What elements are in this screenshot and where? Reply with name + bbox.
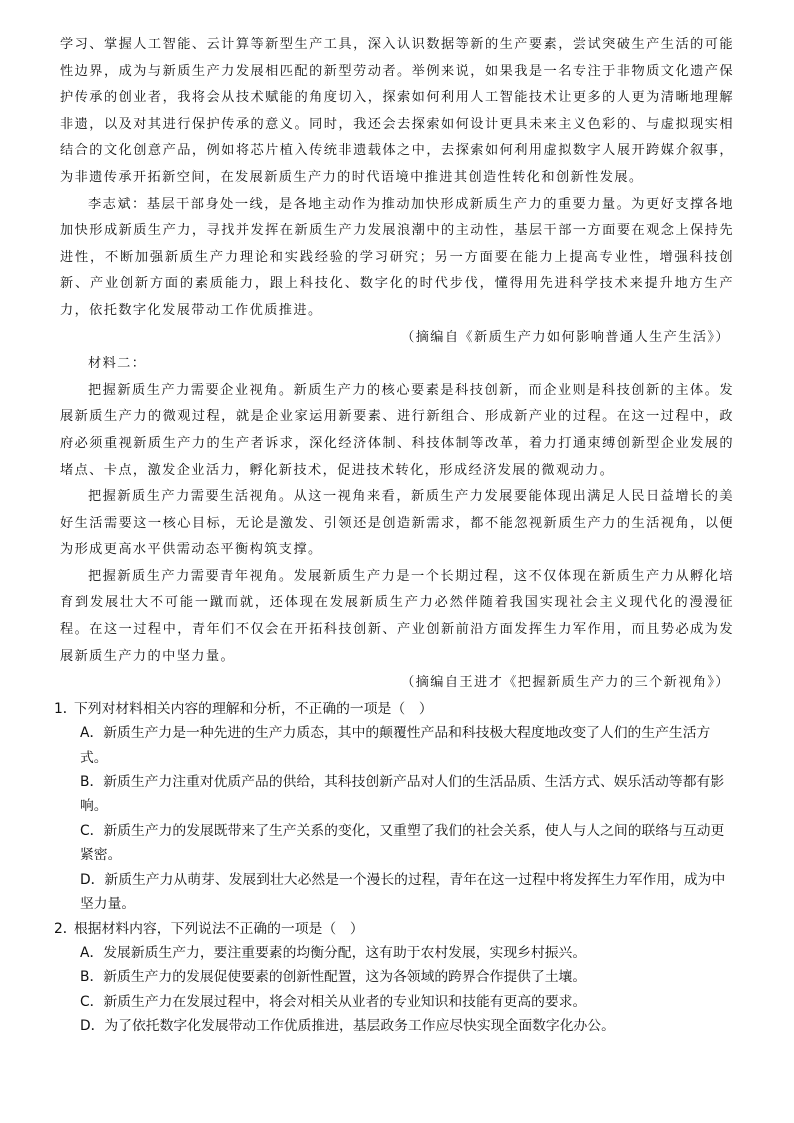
material-two-label: 材料二：	[60, 351, 734, 378]
option-b[interactable]: B．新质生产力注重对优质产品的供给，其科技创新产品对人们的生活品质、生活方式、娱…	[60, 770, 734, 819]
material-one-source: （摘编自《新质生产力如何影响普通人生产生活》）	[60, 325, 734, 352]
option-text: 新质生产力的发展既带来了生产关系的变化，又重塑了我们的社会关系，使人与人之间的联…	[80, 823, 724, 863]
exam-page: 学习、掌握人工智能、云计算等新型生产工具，深入认识数据等新的生产要素，尝试突破生…	[60, 32, 734, 1039]
option-d[interactable]: D．新质生产力从萌芽、发展到壮大必然是一个漫长的过程，青年在这一过程中将发挥生力…	[60, 868, 734, 917]
option-a[interactable]: A．发展新质生产力，要注重要素的均衡分配，这有助于农村发展，实现乡村振兴。	[60, 941, 734, 965]
material-two-paragraph-2: 把握新质生产力需要生活视角。从这一视角来看，新质生产力发展要能体现出满足人民日益…	[60, 484, 734, 564]
option-key: A．	[80, 725, 103, 741]
option-text: 新质生产力从萌芽、发展到壮大必然是一个漫长的过程，青年在这一过程中将发挥生力军作…	[80, 872, 725, 912]
question-number: 2．	[54, 917, 74, 941]
option-key: A．	[80, 945, 103, 961]
question-stem: 2．根据材料内容，下列说法不正确的一项是（ ）	[54, 917, 734, 941]
question-1: 1．下列对材料相关内容的理解和分析，不正确的一项是（ ） A．新质生产力是一种先…	[60, 697, 734, 917]
material-two-source: （摘编自王进才《把握新质生产力的三个新视角》）	[60, 670, 734, 697]
option-key: D．	[80, 872, 104, 888]
question-text: 根据材料内容，下列说法不正确的一项是（ ）	[74, 921, 364, 937]
question-stem: 1．下列对材料相关内容的理解和分析，不正确的一项是（ ）	[54, 697, 734, 721]
option-a[interactable]: A．新质生产力是一种先进的生产力质态，其中的颠覆性产品和科技极大程度地改变了人们…	[60, 721, 734, 770]
option-c[interactable]: C．新质生产力的发展既带来了生产关系的变化，又重塑了我们的社会关系，使人与人之间…	[60, 819, 734, 868]
option-b[interactable]: B．新质生产力的发展促使要素的创新性配置，这为各领域的跨界合作提供了土壤。	[60, 965, 734, 989]
option-key: B．	[80, 774, 103, 790]
questions-section: 1．下列对材料相关内容的理解和分析，不正确的一项是（ ） A．新质生产力是一种先…	[60, 697, 734, 1039]
option-key: C．	[80, 994, 103, 1010]
option-c[interactable]: C．新质生产力在发展过程中，将会对相关从业者的专业知识和技能有更高的要求。	[60, 990, 734, 1014]
material-two-paragraph-1: 把握新质生产力需要企业视角。新质生产力的核心要素是科技创新，而企业则是科技创新的…	[60, 378, 734, 484]
option-key: B．	[80, 969, 103, 985]
material-one-paragraph-2: 李志斌：基层干部身处一线，是各地主动作为推动加快形成新质生产力的重要力量。为更好…	[60, 192, 734, 325]
material-two-paragraph-3: 把握新质生产力需要青年视角。发展新质生产力是一个长期过程，这不仅体现在新质生产力…	[60, 564, 734, 670]
question-number: 1．	[54, 697, 74, 721]
option-text: 新质生产力注重对优质产品的供给，其科技创新产品对人们的生活品质、生活方式、娱乐活…	[80, 774, 724, 814]
option-d[interactable]: D．为了依托数字化发展带动工作优质推进，基层政务工作应尽快实现全面数字化办公。	[60, 1014, 734, 1038]
question-text: 下列对材料相关内容的理解和分析，不正确的一项是（ ）	[74, 701, 433, 717]
reading-passage: 学习、掌握人工智能、云计算等新型生产工具，深入认识数据等新的生产要素，尝试突破生…	[60, 32, 734, 697]
question-2: 2．根据材料内容，下列说法不正确的一项是（ ） A．发展新质生产力，要注重要素的…	[60, 917, 734, 1039]
option-key: D．	[80, 1018, 104, 1034]
option-text: 新质生产力在发展过程中，将会对相关从业者的专业知识和技能有更高的要求。	[103, 994, 586, 1010]
material-one-paragraph-1: 学习、掌握人工智能、云计算等新型生产工具，深入认识数据等新的生产要素，尝试突破生…	[60, 32, 734, 192]
option-text: 发展新质生产力，要注重要素的均衡分配，这有助于农村发展，实现乡村振兴。	[103, 945, 586, 961]
option-key: C．	[80, 823, 103, 839]
option-text: 新质生产力是一种先进的生产力质态，其中的颠覆性产品和科技极大程度地改变了人们的生…	[80, 725, 710, 765]
option-text: 新质生产力的发展促使要素的创新性配置，这为各领域的跨界合作提供了土壤。	[103, 969, 586, 985]
option-text: 为了依托数字化发展带动工作优质推进，基层政务工作应尽快实现全面数字化办公。	[104, 1018, 614, 1034]
